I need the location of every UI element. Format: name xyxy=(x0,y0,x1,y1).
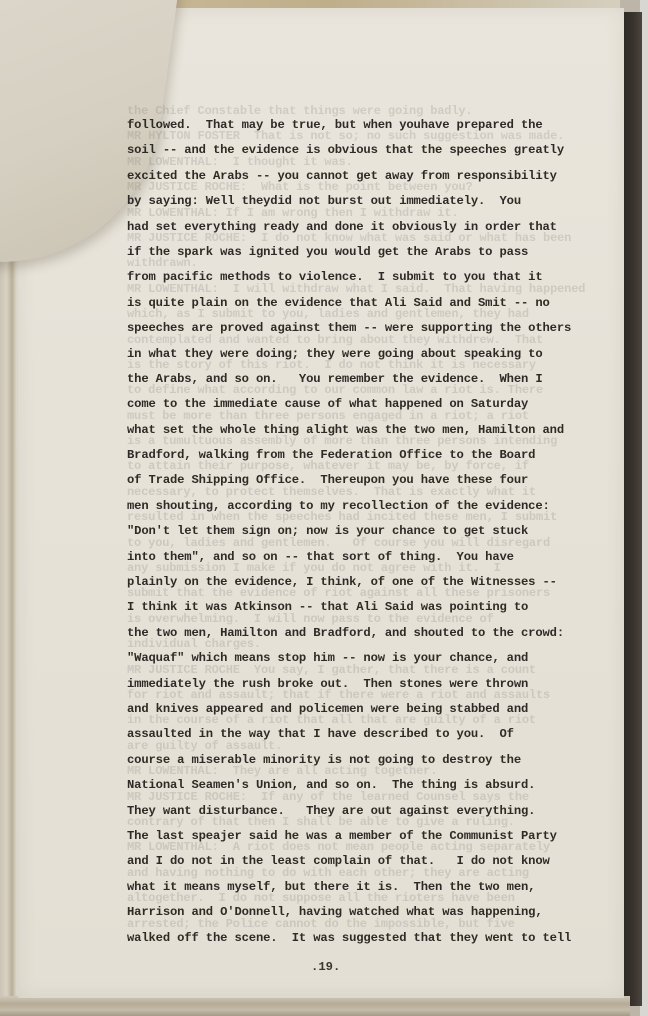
line-text: by saying: Well theydid not burst out im… xyxy=(127,194,521,208)
line-text: into them", and so on -- that sort of th… xyxy=(127,550,514,564)
text-line: contemplated and wanted to bring about t… xyxy=(127,346,607,371)
text-line: which, as I submit to you, ladies and ge… xyxy=(127,320,607,345)
line-text: soil -- and the evidence is obvious that… xyxy=(127,143,564,157)
text-line: MR JUSTICE ROCHE: I do not know what was… xyxy=(127,244,607,269)
line-text: had set everything ready and done it obv… xyxy=(127,220,557,234)
text-line: any submission I make if you do not agre… xyxy=(127,574,607,599)
line-text: Bradford, walking from the Federation Of… xyxy=(127,448,535,462)
line-text: I think it was Atkinson -- that Ali Said… xyxy=(127,600,528,614)
binder-spine xyxy=(622,12,642,1006)
line-text: come to the immediate cause of what happ… xyxy=(127,397,528,411)
text-line: is the story of this riot. I do not thin… xyxy=(127,371,607,396)
text-line: MR HYLTON FOSTER That is not so; no such… xyxy=(127,142,607,167)
page-number: .19. xyxy=(311,960,340,974)
line-text: if the spark was ignited you would get t… xyxy=(127,245,528,259)
text-line: is overwhelming. I will now pass to the … xyxy=(127,625,607,650)
text-line: MR LOWENTHAL: They are all acting togeth… xyxy=(127,777,607,802)
line-text: men shouting, according to my recollecti… xyxy=(127,499,550,513)
line-text: is quite plain on the evidence that Ali … xyxy=(127,296,550,310)
text-line: individual charges."Waquaf" which means … xyxy=(127,650,607,675)
line-text: the two men, Hamilton and Bradford, and … xyxy=(127,626,564,640)
line-text: and knives appeared and policemen were b… xyxy=(127,702,528,716)
line-text: The last speajer said he was a member of… xyxy=(127,829,557,843)
line-text: "Don't let them sign on; now is your cha… xyxy=(127,524,528,538)
line-text: what set the whole thing alight was the … xyxy=(127,423,564,437)
text-line: to attain their purpose, whatever it may… xyxy=(127,472,607,497)
line-text: of Trade Shipping Office. Thereupon you … xyxy=(127,473,528,487)
line-text: assaulted in the way that I have describ… xyxy=(127,727,514,741)
text-line: altogether. I do not suppose all the rio… xyxy=(127,904,607,929)
page-top-shadow xyxy=(140,0,620,8)
line-text: in what they were doing; they were going… xyxy=(127,347,543,361)
page-stack-bottom-edge xyxy=(0,996,630,1016)
line-text: excited the Arabs -- you cannot get away… xyxy=(127,169,557,183)
text-line: and having nothing to do with each other… xyxy=(127,879,607,904)
line-text: "Waquaf" which means stop him -- now is … xyxy=(127,651,528,665)
text-line: the Chief Constable that things were goi… xyxy=(127,117,607,142)
line-text: from pacific methods to violence. I subm… xyxy=(127,270,543,284)
text-line: arrested; the Police cannot do the impos… xyxy=(127,930,607,955)
line-text: course a miserable minority is not going… xyxy=(127,753,521,767)
text-line: in the course of a riot that all that ar… xyxy=(127,726,607,751)
line-text: and I do not in the least complain of th… xyxy=(127,854,550,868)
text-line: contrary of that then I shall be able to… xyxy=(127,828,607,853)
text-line: must be more than three persons engaged … xyxy=(127,422,607,447)
text-line: necessary, to protect themselves. That i… xyxy=(127,498,607,523)
text-line: MR LOWENTHAL: I thought it was.excited t… xyxy=(127,168,607,193)
text-line: MR LOWENTHAL: A riot does not mean peopl… xyxy=(127,853,607,878)
line-text: Harrison and O'Donnell, having watched w… xyxy=(127,905,543,919)
curled-page-text: noshtnoomegbutuov no tloosihah eaolaid xyxy=(0,0,7,2)
text-line: is a tumultuous assembly of more than th… xyxy=(127,447,607,472)
line-text: They want disturbance. They are out agai… xyxy=(127,804,535,818)
text-line: withdrawn.from pacific methods to violen… xyxy=(127,269,607,294)
text-line: MR LOWENTHAL: I will withdraw what I sai… xyxy=(127,295,607,320)
line-text: the Arabs, and so on. You remember the e… xyxy=(127,372,543,386)
line-text: speeches are proved against them -- were… xyxy=(127,321,571,335)
text-line: resulted in when the speeches had incite… xyxy=(127,523,607,548)
line-text: followed. That may be true, but when you… xyxy=(127,118,543,132)
text-line: MR LOWENTHAL: If I am wrong then I withd… xyxy=(127,219,607,244)
line-text: what it means myself, but there it is. T… xyxy=(127,880,535,894)
text-line: MR JUSTICE ROCHE: If any of the learned … xyxy=(127,803,607,828)
text-line: MR JUSTICE ROCHE You say, I gather, that… xyxy=(127,676,607,701)
text-line: MR JUSTICE ROCHE: What is the point betw… xyxy=(127,193,607,218)
text-line: submit that the evidence of riot against… xyxy=(127,599,607,624)
line-text: walked off the scene. It was suggested t… xyxy=(127,931,571,945)
line-text: immediately the rush broke out. Then sto… xyxy=(127,677,528,691)
line-text: plainly on the evidence, I think, of one… xyxy=(127,575,557,589)
text-line: to you, ladies and gentlemen. Of course … xyxy=(127,549,607,574)
line-text: National Seamen's Union, and so on. The … xyxy=(127,778,535,792)
text-line: to define what according to our common l… xyxy=(127,396,607,421)
text-line: for riot and assault; that if there were… xyxy=(127,701,607,726)
text-line: are guilty of assault.course a miserable… xyxy=(127,752,607,777)
typed-text-body: the Chief Constable that things were goi… xyxy=(127,117,607,955)
